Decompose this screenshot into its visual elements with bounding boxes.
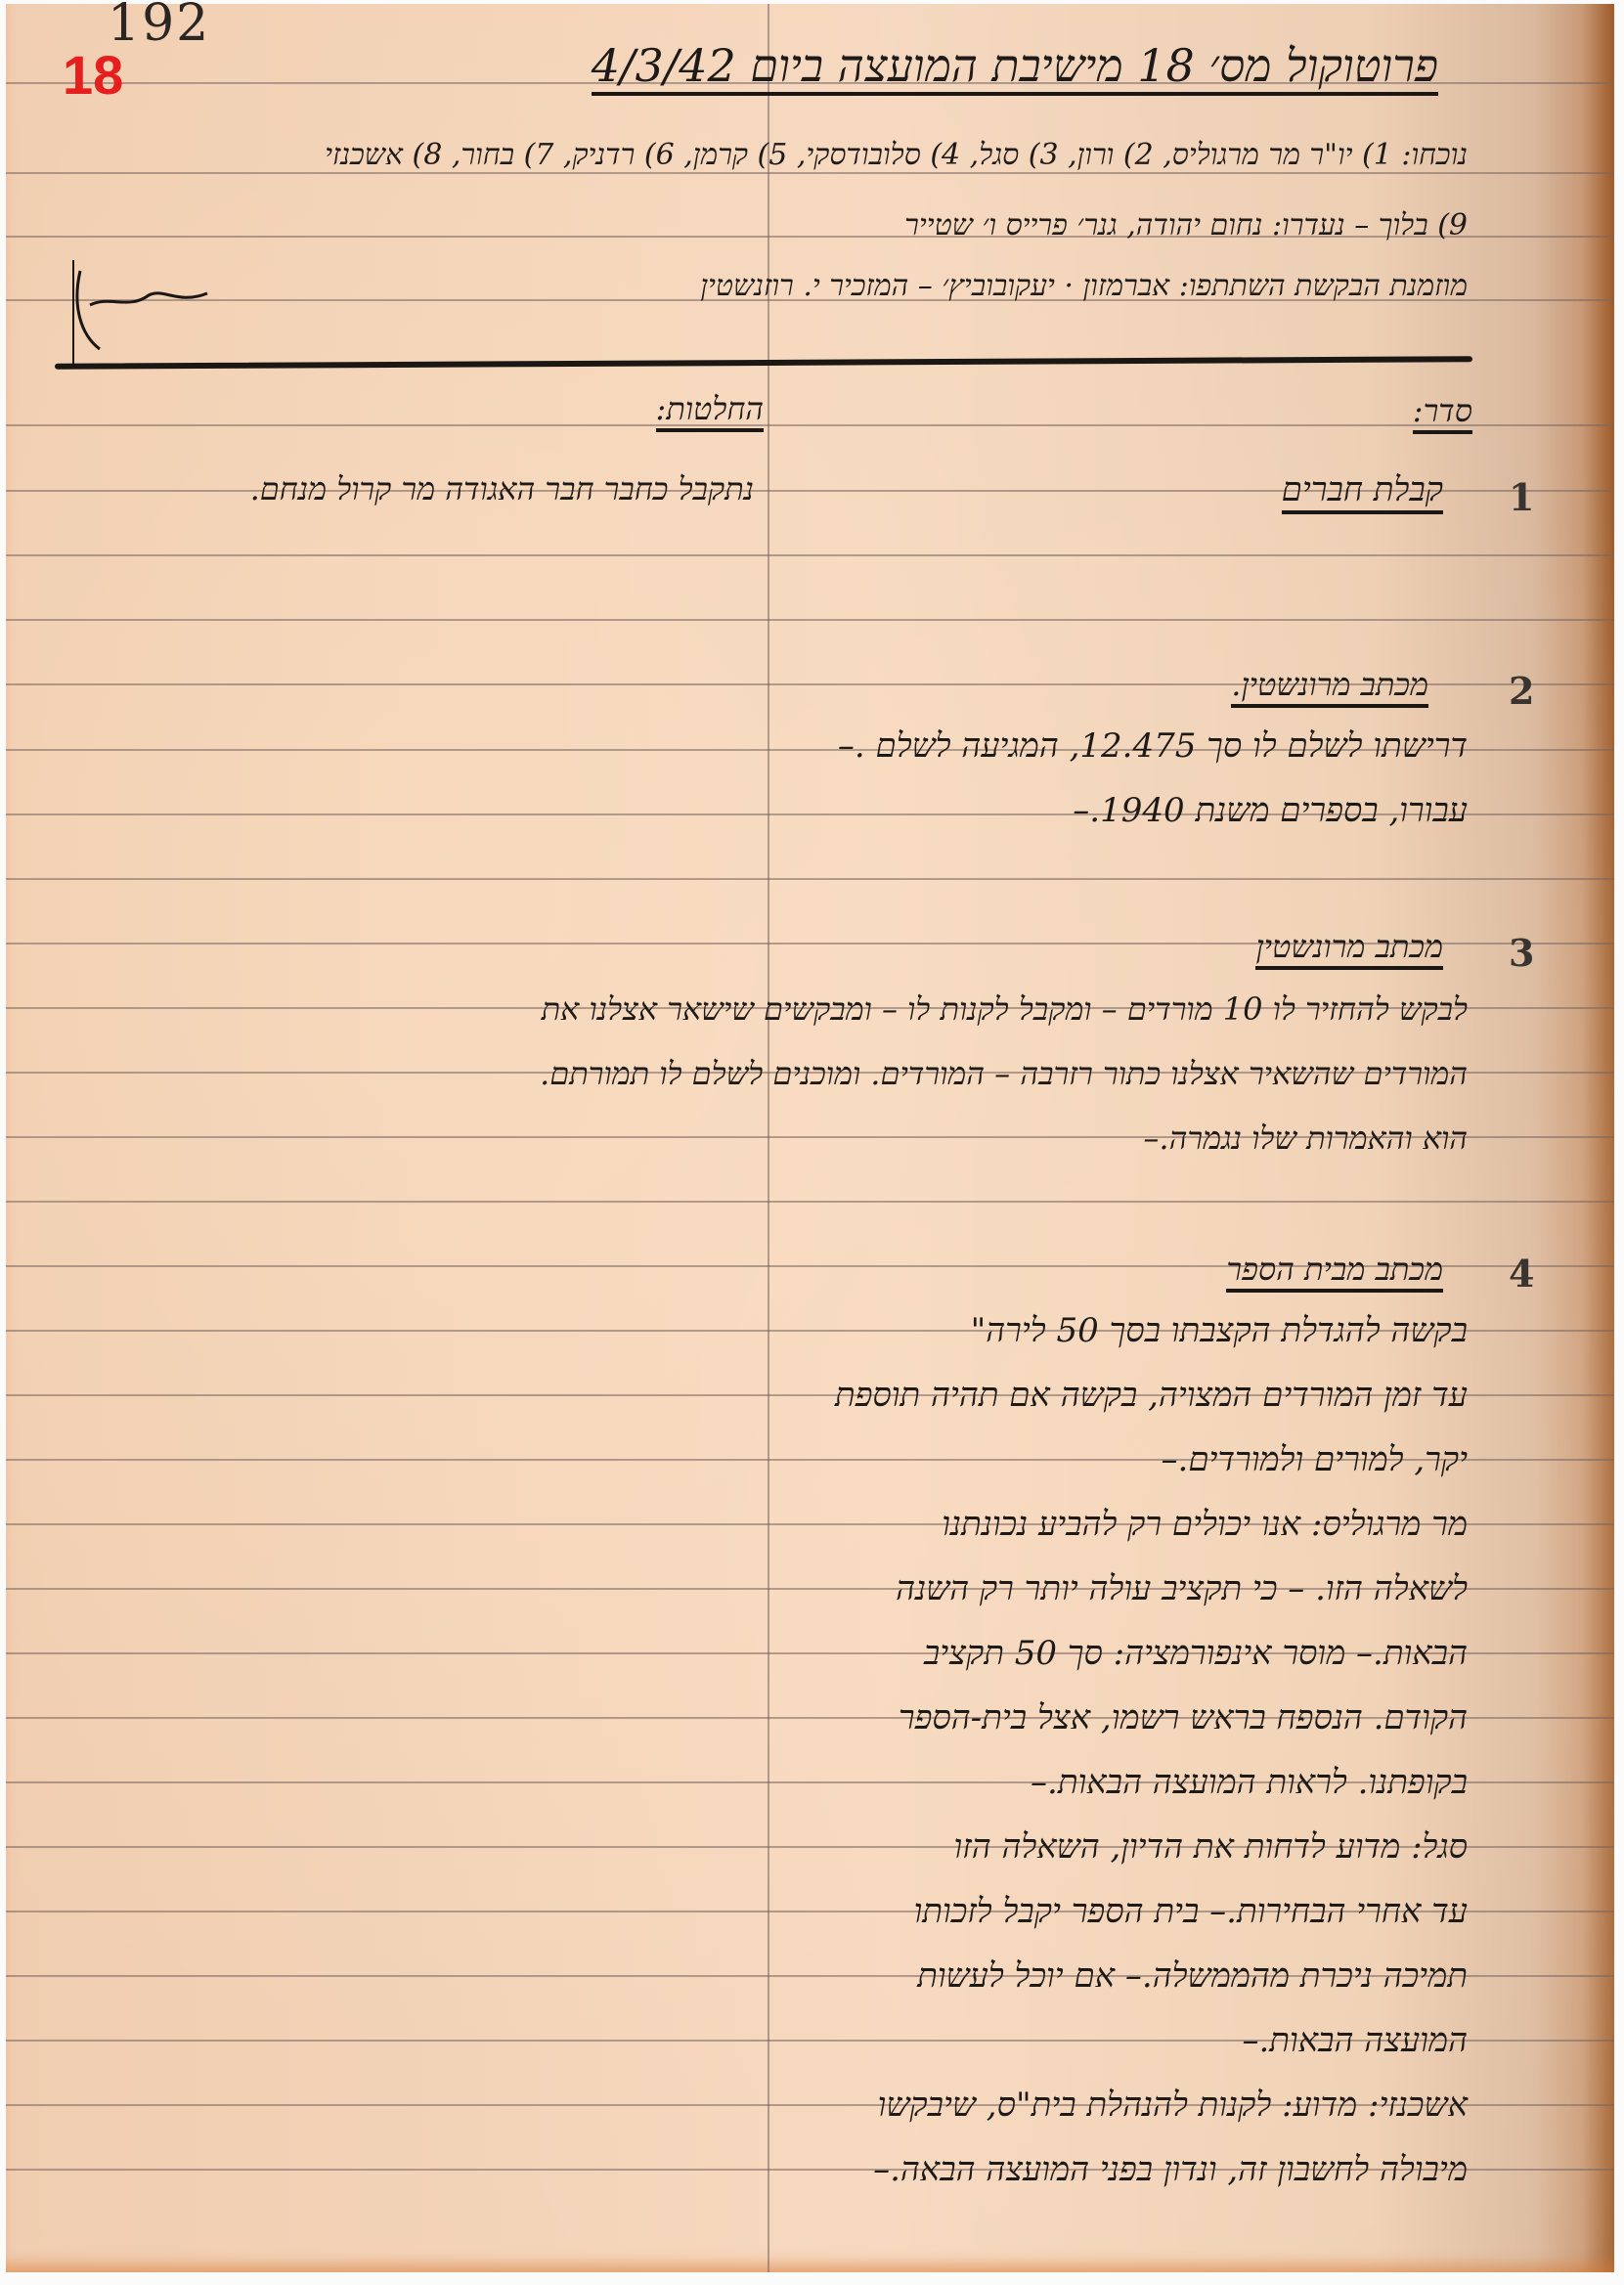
item-number: 2 bbox=[1509, 669, 1534, 713]
ledger-page: 192 18 פרוטוקול מס׳ 18 מישיבת המועצה ביו… bbox=[6, 4, 1614, 2272]
item-title: מכתב מבית הספר bbox=[1226, 1253, 1443, 1293]
item-number: 3 bbox=[1509, 931, 1534, 975]
item-title: קבלת חברים bbox=[1282, 473, 1443, 514]
item-line: הבאות.– מוסר אינפורמציה: סך 50 תקציב bbox=[924, 1637, 1468, 1670]
item-line: המורדים שהשאיר אצלנו כתור רזרבה – המורדי… bbox=[540, 1058, 1468, 1089]
header-divider bbox=[55, 356, 1472, 370]
item-number: 4 bbox=[1509, 1252, 1534, 1296]
ruled-line bbox=[6, 878, 1614, 880]
document-number-label: 18 bbox=[63, 43, 123, 107]
item-line: הקודם. הנספח בראש רשמו, אצל בית-הספר bbox=[899, 1701, 1468, 1735]
item-line: הוא והאמרות שלו נגמרה.– bbox=[1143, 1122, 1468, 1154]
item-line: מיבולה לחשבון זה, ונדון בפני המועצה הבאה… bbox=[873, 2153, 1468, 2186]
item-line: סגל: מדוע לדחות את הדיון, השאלה הזו bbox=[954, 1830, 1468, 1864]
ruled-line bbox=[6, 619, 1614, 621]
item-number: 1 bbox=[1509, 475, 1534, 519]
item-line: בקופתנו. לראות המועצה הבאות.– bbox=[1031, 1766, 1468, 1799]
ruled-line bbox=[6, 1201, 1614, 1203]
item-title: מכתב מרונשטין. bbox=[1231, 669, 1428, 708]
agenda-heading: סדר: bbox=[1413, 395, 1472, 434]
ruled-line bbox=[6, 554, 1614, 556]
attendees-line-2: 9) בלוך – נעדרו: נחום יהודה, גנר׳ פרייס … bbox=[904, 211, 1468, 241]
item-line: עד זמן המורדים המצויה, בקשה אם תהיה תוספ… bbox=[835, 1379, 1468, 1412]
item-line: לבקש להחזיר לו 10 מורדים – ומקבל לקנות ל… bbox=[542, 993, 1468, 1025]
ruled-line bbox=[6, 172, 1614, 174]
attendees-line-3: מוזמנת הבקשת השתתפו: אברמזון · יעקובוביץ… bbox=[700, 272, 1468, 301]
margin-mark bbox=[72, 260, 74, 368]
ruled-line bbox=[6, 424, 1614, 426]
item-title: מכתב מרונשטין bbox=[1255, 931, 1443, 970]
item-line: יקר, למורים ולמורדים.– bbox=[1162, 1443, 1468, 1476]
item-line: בקשה להגדלת הקצבתו בסך 50 לירה" bbox=[971, 1314, 1468, 1347]
attendees-line-1: נוכחו: 1) יו"ר מר מרגוליס, 2) ורון, 3) ס… bbox=[325, 141, 1468, 170]
decisions-heading: החלטות: bbox=[656, 393, 764, 432]
secretary-signature bbox=[70, 266, 217, 354]
item-line: מר מרגוליס: אנו יכולים רק להביע נכונתנו bbox=[942, 1508, 1468, 1541]
item-line: המועצה הבאות.– bbox=[1242, 2024, 1468, 2057]
column-divider bbox=[768, 4, 769, 2272]
item-line: עד אחרי הבחירות.– בית הספר יקבל לזכותו bbox=[914, 1895, 1468, 1928]
protocol-title: פרוטוקול מס׳ 18 מישיבת המועצה ביום 4/3/4… bbox=[592, 43, 1438, 96]
item-line: אשכנזי: מדוע: לקנות להנהלת בית"ס, שיבקשו bbox=[878, 2088, 1468, 2122]
item-line: עבורו, בספרים משנת 1940.– bbox=[1073, 794, 1468, 827]
item-line: לשאלה הזו. – כי תקציב עולה יותר רק השנה bbox=[896, 1572, 1468, 1605]
item-line: דרישתו לשלם לו סך 12.475, המגיעה לשלם .– bbox=[838, 729, 1468, 763]
item-decision: נתקבל כחבר חבר האגודה מר קרול מנחם. bbox=[250, 473, 754, 505]
item-line: תמיכה ניכרת מהממשלה.– אם יוכל לעשות bbox=[917, 1959, 1468, 1993]
